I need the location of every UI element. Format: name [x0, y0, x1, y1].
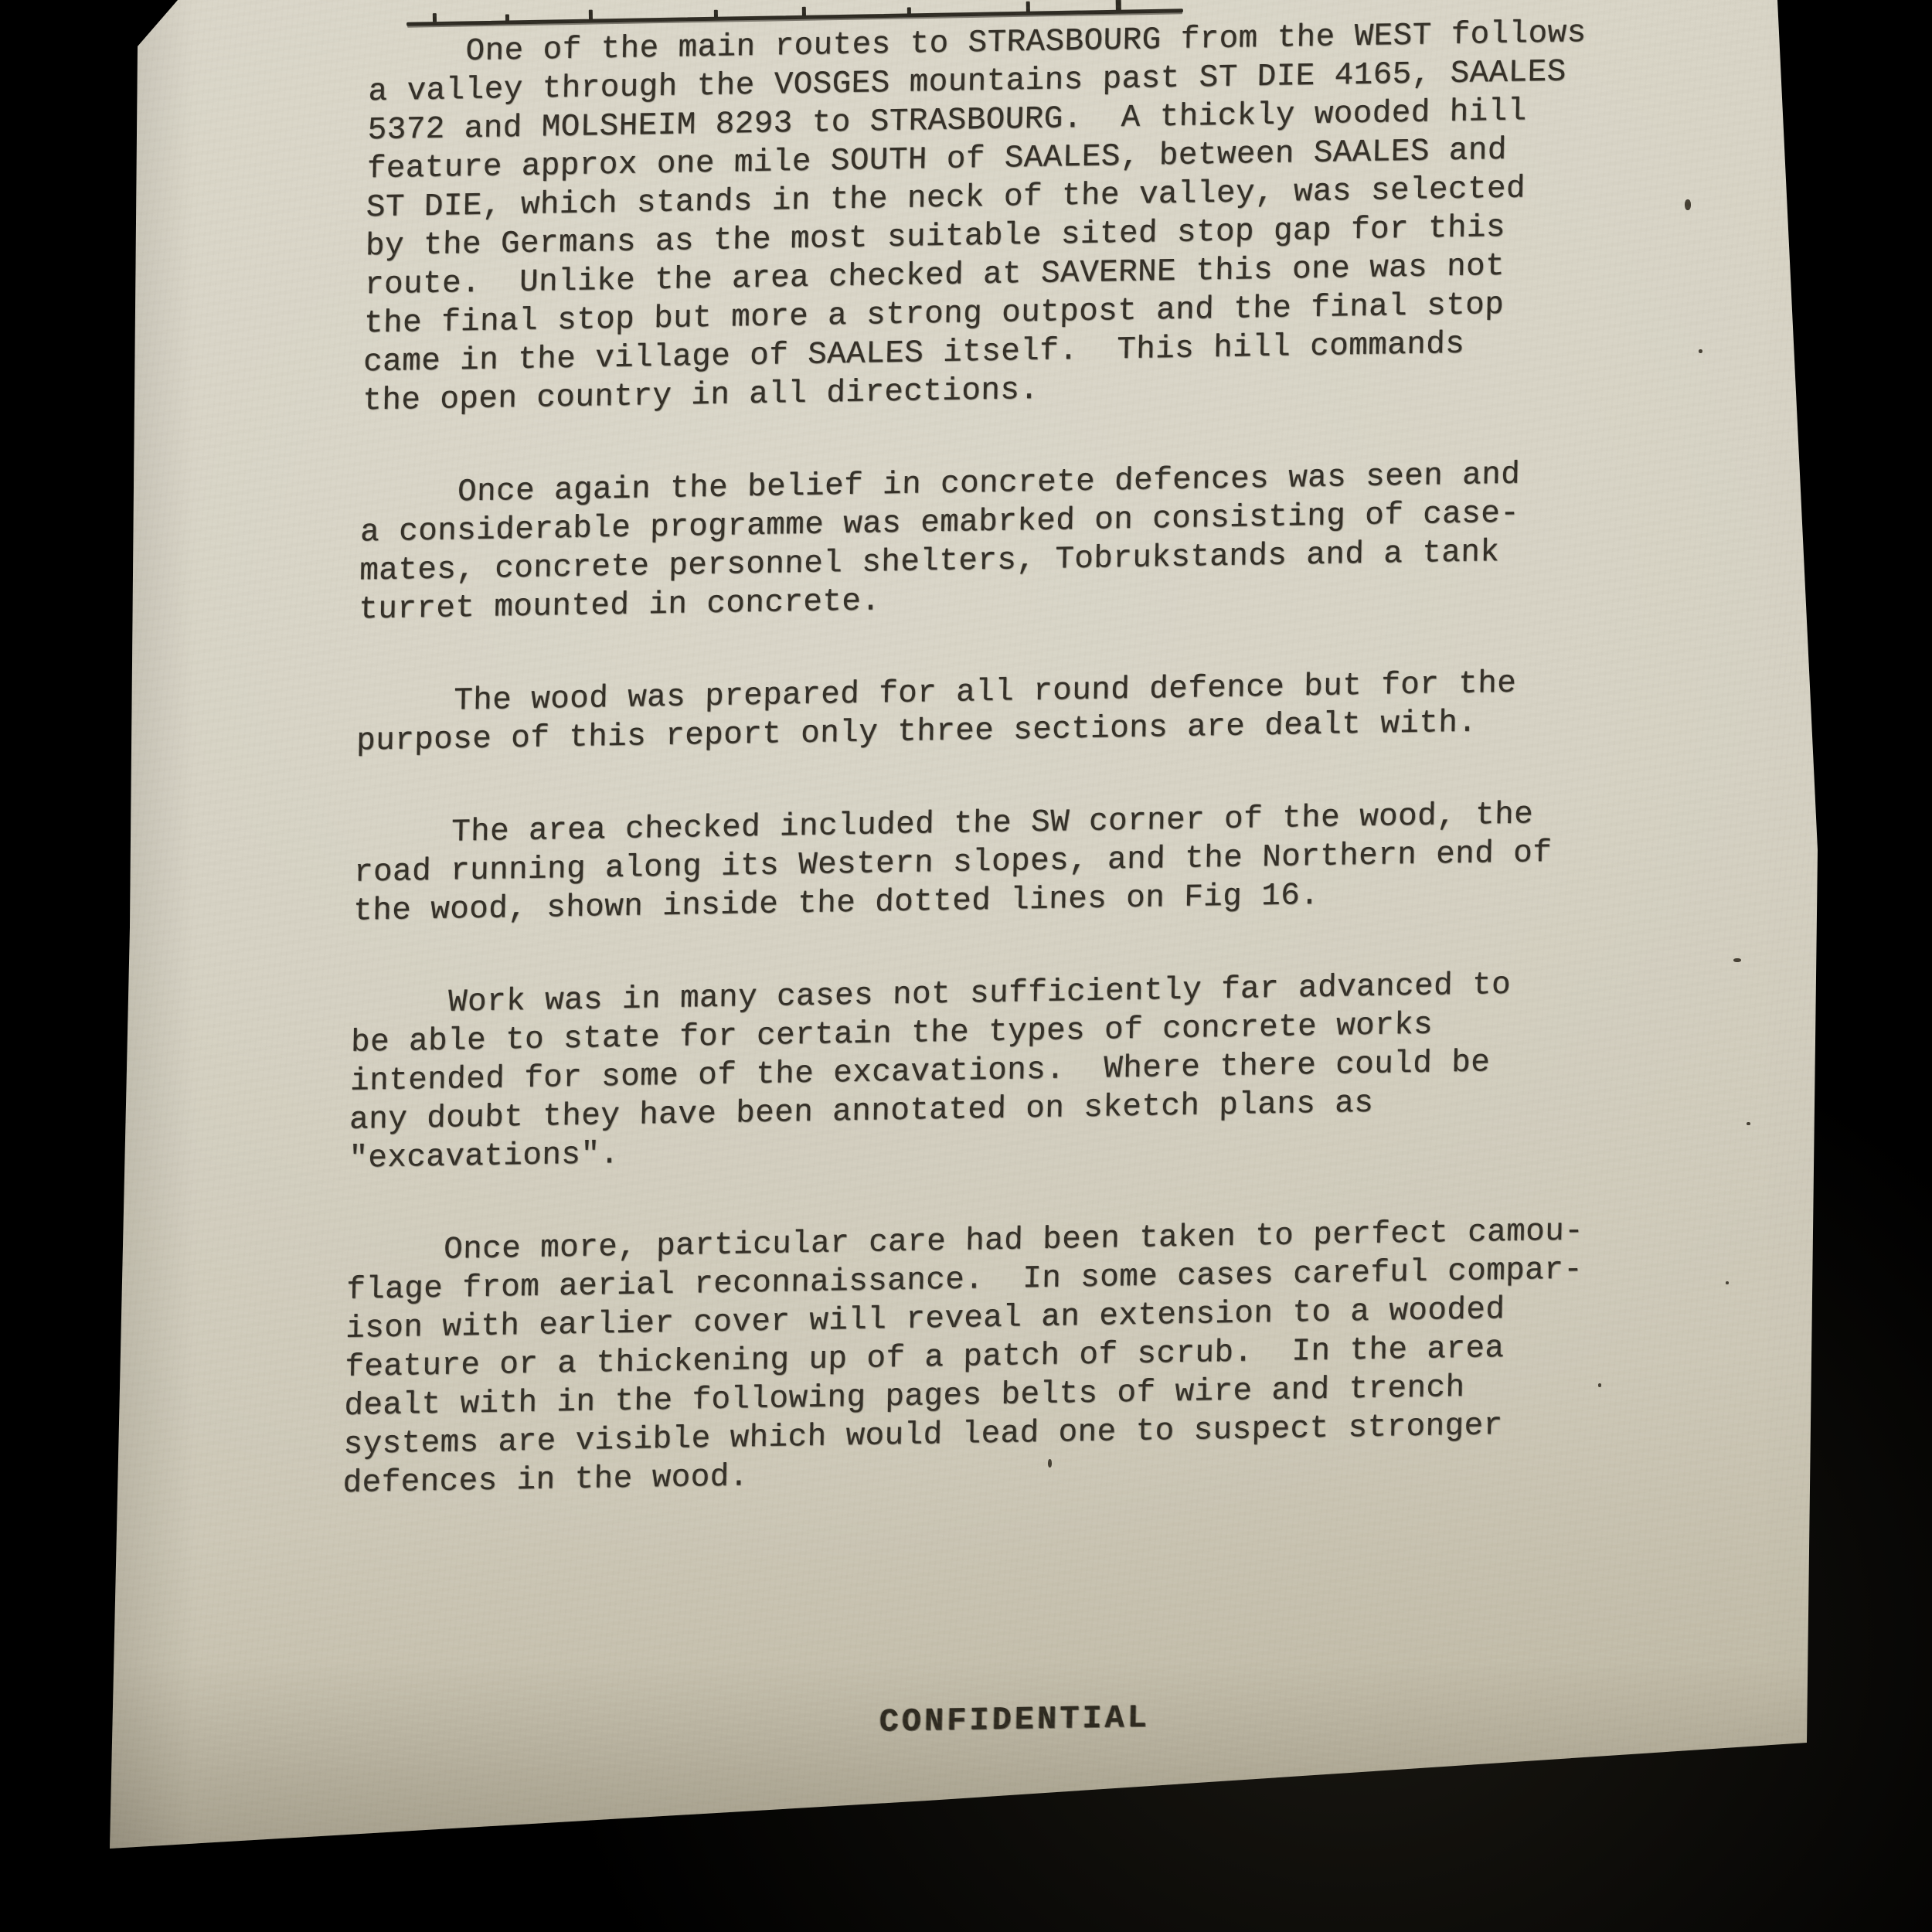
paragraph-2: Once again the belief in concrete defenc… [321, 454, 1653, 631]
confidential-stamp: CONFIDENTIAL [879, 1690, 1631, 1741]
heading-text-fragment [433, 13, 437, 22]
heading-text-fragment [802, 7, 806, 16]
ink-speck [1747, 1122, 1750, 1125]
ink-speck [1733, 958, 1741, 962]
heading-text-fragment [714, 10, 718, 18]
ink-speck [1048, 1459, 1052, 1468]
document-text: One of the main routes to STRASBOURG fro… [301, 12, 1661, 1750]
ink-speck [1598, 1383, 1601, 1387]
ink-speck [1699, 349, 1702, 353]
heading-text-fragment [505, 14, 509, 21]
ink-speck [1726, 1281, 1729, 1284]
heading-text-fragment [907, 7, 911, 14]
ink-speck [1685, 199, 1691, 210]
paragraph-5: Work was in many cases not sufficiently … [311, 964, 1644, 1179]
document-page: One of the main routes to STRASBOURG fro… [0, 0, 1932, 1932]
paragraph-4: The area checked included the SW corner … [316, 794, 1648, 932]
photo-background: One of the main routes to STRASBOURG fro… [0, 0, 1932, 1932]
heading-text-fragment [1026, 2, 1030, 12]
heading-underline [406, 9, 1183, 26]
paragraph-6: Once more, particular care had been take… [305, 1211, 1639, 1504]
paragraph-1: One of the main routes to STRASBOURG fro… [325, 12, 1662, 421]
heading-text-fragment [1116, 0, 1121, 11]
heading-text-fragment [589, 10, 593, 20]
paragraph-3: The wood was prepared for all round defe… [319, 662, 1650, 762]
